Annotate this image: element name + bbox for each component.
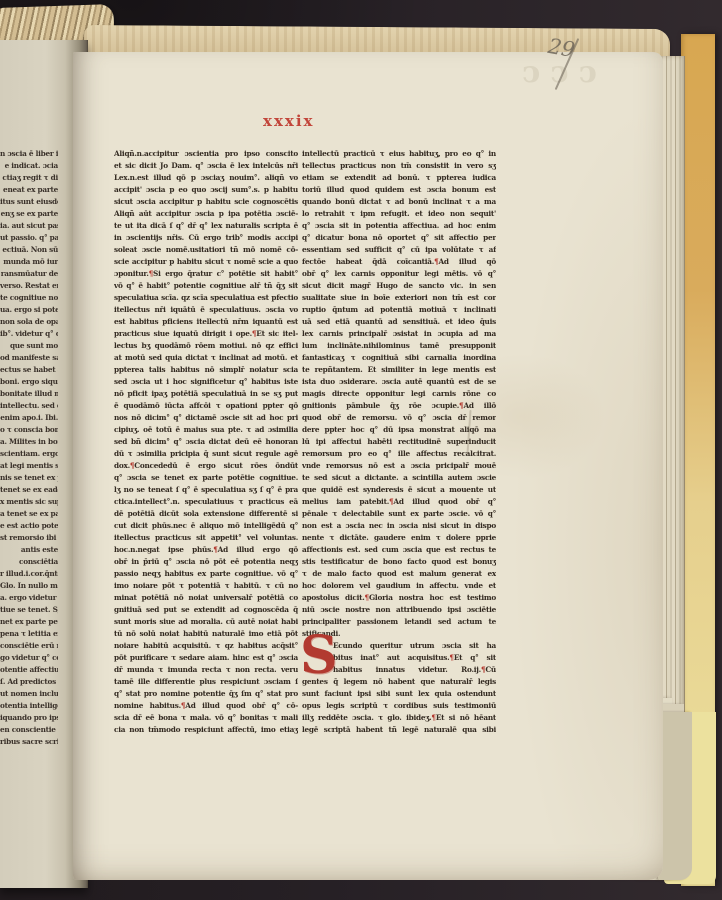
- text-line: e indicat. ɔcia: [0, 160, 58, 172]
- text-line: tamē ille differentie plus respiciunt ɔs…: [114, 676, 298, 688]
- text-line: ista duo ɔsiderare. ɔscia autē quantū es…: [302, 376, 496, 388]
- text-line: nos nō dicim° q° dictamē ɔscie sit ad ho…: [114, 412, 298, 424]
- text-line: apostolus dicit.¶Gloria nostra hoc est t…: [302, 592, 496, 604]
- main-page: xxxix Aliqñ.n.accipitur ɔscientia pro ip…: [73, 52, 663, 880]
- text-line: ruptio q̄ntum ad potentiā motiuā τ incli…: [302, 304, 496, 316]
- text-line: dr̄ munda τ imunda recta τ non recta. ve…: [114, 664, 298, 676]
- text-line: quando bonū dictat τ ad bonū inclinat τ …: [302, 196, 496, 208]
- right-column-upper: intellectū practicū τ eius habituʒ, pro …: [302, 148, 496, 640]
- text-line: hoc dolorem vel gaudium in affectu. vnde…: [302, 580, 496, 592]
- text-line: legē scriptā habent tñ legē naturalē qua…: [302, 724, 496, 736]
- text-line: ectiuā. Non sū: [0, 244, 58, 256]
- text-line: ransmūatur de: [0, 268, 58, 280]
- text-line: bitus inat° aut acquisitus.¶Et q° sit: [333, 652, 496, 664]
- pilcrow-rubric: ¶: [389, 497, 393, 506]
- text-line: nis se tenet ex pe: [0, 472, 58, 484]
- text-line: itellectus nr̄i iquātū ē speculatiuus. ɔ…: [114, 304, 298, 316]
- text-line: obr̄ in p̄riū q° ɔscia nō pōt eē potenti…: [114, 556, 298, 568]
- text-line: ſ. Ad predictos intel: [0, 676, 58, 688]
- text-line: o τ conscia bono: [0, 424, 58, 436]
- text-line: niū ɔscie nostre non attribuendo ipsi ɔs…: [302, 604, 496, 616]
- text-line: toriū illud quod quidem est ɔscia bonum …: [302, 184, 496, 196]
- folio-headline: xxxix: [263, 114, 314, 129]
- text-line: stis testificatur de bono facto quod est…: [302, 556, 496, 568]
- text-line: nente τ dictāte. gaudere enim τ dolere p…: [302, 532, 496, 544]
- facing-page-text: n ɔscia ē liber ie indicat. ɔciactiaʒ re…: [0, 148, 58, 748]
- text-line: opus legis scriptū τ cordibus suis testi…: [302, 700, 496, 712]
- text-line: eneat ex parte: [0, 184, 58, 196]
- text-line: affectionis est. sed cum ɔscia que est r…: [302, 544, 496, 556]
- pilcrow-rubric: ¶: [449, 653, 453, 662]
- text-line: sed bñ dicim° q° ɔscia dictat deū eē hon…: [114, 436, 298, 448]
- text-line: que sunt mo: [0, 340, 58, 352]
- text-line: etiam se extendit ad bonū. τ ppterea iud…: [302, 172, 496, 184]
- text-line: pena τ letitia ex pte: [0, 628, 58, 640]
- text-line: iquando pro ipso pri: [0, 712, 58, 724]
- text-line: ib°. videtur q° cō: [0, 328, 58, 340]
- text-line: otentie affectiue nō: [0, 664, 58, 676]
- text-line: q° ɔscia sit in potentia affectiua. ad h…: [302, 220, 496, 232]
- text-line: te repñtantem. Et similiter in lege ment…: [302, 364, 496, 376]
- left-text-column: Aliqñ.n.accipitur ɔscientia pro ipso con…: [114, 148, 298, 736]
- initial-indented-lines: Ecundo queritur utrum ɔscia sit habitus …: [333, 640, 496, 676]
- text-line: consciētia: [0, 556, 58, 568]
- text-line: tiue se tenet. Sʒ: [0, 604, 58, 616]
- text-line: obr̄ q° lex carnis opponitur legi mētis.…: [302, 268, 496, 280]
- text-line: verso. Restat er: [0, 280, 58, 292]
- text-line: net ex parte petīte: [0, 616, 58, 628]
- text-line: itellectus practicus sit appetit° vel vo…: [114, 532, 298, 544]
- text-line: in ɔscientijs nr̄is. Cū ergo trib° modis…: [114, 232, 298, 244]
- pilcrow-rubric: ¶: [252, 329, 256, 338]
- text-line: essentiam sed sufficit q° cū ipa volūtat…: [302, 244, 496, 256]
- text-line: tenet se ex eadem: [0, 484, 58, 496]
- text-line: q° dicatur bona nō oportet q° sit affect…: [302, 232, 496, 244]
- text-line: imo noiare pōt τ potentiā τ habitū. τ cū…: [114, 580, 298, 592]
- text-line: dē potētiā dicūt sola extensione differe…: [114, 508, 298, 520]
- text-line: sicut dicit magr̄ Hugo de sancto vic. in…: [302, 280, 496, 292]
- text-line: lo retrahit τ ipm refugit. et ideo non s…: [302, 208, 496, 220]
- text-line: x mentis sic supra: [0, 496, 58, 508]
- text-line: n ɔscia ē liber i: [0, 148, 58, 160]
- pilcrow-rubric: ¶: [181, 701, 185, 710]
- text-line: st remorsio ibi est: [0, 532, 58, 544]
- text-line: gnitiuā sed put se extendit ad cognoscēd…: [114, 604, 298, 616]
- text-line: antis este: [0, 544, 58, 556]
- text-line: minat potētiā nō noiat universalr̄ potēt…: [114, 592, 298, 604]
- text-line: vnde remorsus nō est a ɔscia pricipalr̄ …: [302, 460, 496, 472]
- text-line: bonitate illud ma: [0, 388, 58, 400]
- text-line: est habitus pficiens itellectū nr̄m iqua…: [114, 316, 298, 328]
- show-through-text: ccc: [512, 58, 597, 88]
- text-line: nomine habitus.¶Ad illud quod obr̄ q° cō…: [114, 700, 298, 712]
- text-line: lum inclināte.nihilominus tamē presuppon…: [302, 340, 496, 352]
- text-line: od manifeste sal: [0, 352, 58, 364]
- text-line: te cognitiue non: [0, 292, 58, 304]
- text-line: at legi mentis siu: [0, 460, 58, 472]
- text-line: tū nō solū noiat habitū naturalē imo eti…: [114, 628, 298, 640]
- text-line: pōt purificare τ sedare aiam. hinc est q…: [114, 652, 298, 664]
- text-line: uā sed etiā quantū ad sensitiuā. et ideo…: [302, 316, 496, 328]
- text-line: q° ɔscia se tenet ex parte potētie cogni…: [114, 472, 298, 484]
- text-line: sunt moris siue ad moralia. cū autē noia…: [114, 616, 298, 628]
- text-line: magis directe opponitur legi carnis rōne…: [302, 388, 496, 400]
- text-line: consciētie erū mar: [0, 640, 58, 652]
- text-line: practicus siue iquatū dirigit i ope.¶Et …: [114, 328, 298, 340]
- pilcrow-rubric: ¶: [149, 269, 153, 278]
- pilcrow-rubric: ¶: [431, 713, 435, 722]
- pilcrow-rubric: ¶: [130, 461, 134, 470]
- text-line: fantasticaʒ τ cognitiuā sibi carnalia in…: [302, 352, 496, 364]
- text-line: vō q° ē habit° potentie cognitiue alr̄ t…: [114, 280, 298, 292]
- text-line: sed ɔscia ut i hoc significetur q° habit…: [114, 376, 298, 388]
- pilcrow-rubric: ¶: [365, 593, 369, 602]
- text-line: gnitionis pāmbule q̄ʒ rōe ɔcupie.¶Ad ill…: [302, 400, 496, 412]
- text-line: melius iam patebit.¶Ad illud quod obr̄ q…: [302, 496, 496, 508]
- text-line: at motū sed quia dictat τ inclinat ad mo…: [114, 352, 298, 364]
- text-line: passio neqʒ habitus ex parte cognitiue. …: [114, 568, 298, 580]
- text-line: accipit' ɔscia p eo quo ɔscij sum°.s. p …: [114, 184, 298, 196]
- text-line: te sed sicut a dictante. a scintilla aut…: [302, 472, 496, 484]
- text-line: en conscientie triqd': [0, 724, 58, 736]
- text-line: pēnale τ delectabile sunt ex parte ɔscie…: [302, 508, 496, 520]
- text-line: scientiam. ergo n: [0, 448, 58, 460]
- text-line: nō pficit ipaʒ potētiā speculatiuā in se…: [114, 388, 298, 400]
- text-line: fectōe habeat q̄dā coīcantiā.¶Ad illud q…: [302, 256, 496, 268]
- text-line: Glo. In nullo me: [0, 580, 58, 592]
- text-line: a. ergo videtur q°: [0, 592, 58, 604]
- text-line: quod obr̄ de remorsu. vō q° ɔscia dr̄ re…: [302, 412, 496, 424]
- text-line: munda mō iur: [0, 256, 58, 268]
- text-line: speculatiua scīa. qz scīa speculatiua es…: [114, 292, 298, 304]
- text-line: illʒ reddēte ɔscia. τ glo. ibideʒ.¶Et si…: [302, 712, 496, 724]
- lombard-initial-S: S: [300, 636, 330, 676]
- text-line: cut dicit phūs.nec ē aliquo mō intelligē…: [114, 520, 298, 532]
- text-line: ctica.intellect°.n. speculatiuus τ pract…: [114, 496, 298, 508]
- text-line: ia. aut sicut pas: [0, 220, 58, 232]
- text-line: ē quodāmō iūcta affcōi τ opationi ppter …: [114, 400, 298, 412]
- text-line: non est a ɔscia nec in ɔscia nisi sicut …: [302, 520, 496, 532]
- text-line: hoc.n.negat ipse phūs.¶Ad illud ergo qō: [114, 544, 298, 556]
- text-line: τ de malo facto quod est malum generat e…: [302, 568, 496, 580]
- pilcrow-rubric: ¶: [459, 401, 463, 410]
- book-photo: n ɔscia ē liber ie indicat. ɔciactiaʒ re…: [0, 0, 722, 900]
- text-line: tellectus practicus non tm̄ consistit in…: [302, 160, 496, 172]
- text-line: scia dr̄ eē bona τ mala. vō q° bonitas τ…: [114, 712, 298, 724]
- text-line: ectus se habet ad: [0, 364, 58, 376]
- text-line: Ecundo queritur utrum ɔscia sit ha: [333, 640, 496, 652]
- text-line: soleat ɔscie nomē.usitatiori tñ mō nomē …: [114, 244, 298, 256]
- text-line: ɔponitur.¶Si ergo q̄ratur c° potētie sit…: [114, 268, 298, 280]
- text-line: dox.¶Concededū ē ergo sicut rōes ōndūt: [114, 460, 298, 472]
- text-line: Aliqñ.n.accipitur ɔscientia pro ipso con…: [114, 148, 298, 160]
- text-line: cipiuʒ. oē totū ē maius sua pte. τ ad ɔs…: [114, 424, 298, 436]
- text-line: ribus sacre scripture: [0, 736, 58, 748]
- text-line: sualitate siue in boīe exteriori non tm̄…: [302, 292, 496, 304]
- text-line: ctiaʒ regit τ di: [0, 172, 58, 184]
- text-line: noiare habitū acquisitū. τ qz habitus ac…: [114, 640, 298, 652]
- pilcrow-rubric: ¶: [213, 545, 217, 554]
- text-line: et sic dicit Jo Dam. q° ɔscia ē lex inte…: [114, 160, 298, 172]
- pilcrow-rubric: ¶: [481, 665, 485, 674]
- text-line: sicut ɔscia accipitur p habitu scie cogn…: [114, 196, 298, 208]
- text-line: que quidē est synderesis ē sicut a mouen…: [302, 484, 496, 496]
- pilcrow-rubric: ¶: [434, 257, 438, 266]
- text-line: enʒ se ex parte: [0, 208, 58, 220]
- text-line: dū τ ɔsimilia pricipia q̄ sunt sicut reg…: [114, 448, 298, 460]
- text-line: r illud.i.cor.q̄nto: [0, 568, 58, 580]
- text-line: sunt faciunt ipsi sibi sunt lex quia ost…: [302, 688, 496, 700]
- text-line: boni. ergo siquid: [0, 376, 58, 388]
- text-line: itus sunt eiusdē: [0, 196, 58, 208]
- text-line: enim apo.i. Ibi.: [0, 412, 58, 424]
- text-line: scie accipitur p habitu sicut τ nomē sci…: [114, 256, 298, 268]
- text-line: cia non tm̄modo respiciunt affectū, imo …: [114, 724, 298, 736]
- text-line: te ut ita dicā ſ q° dr̄ q° lex naturalis…: [114, 220, 298, 232]
- text-line: non sola de opa: [0, 316, 58, 328]
- page-stack-leaf: [658, 712, 692, 880]
- text-line: e est actio potentie: [0, 520, 58, 532]
- text-line: a. Milites in bona: [0, 436, 58, 448]
- text-line: ua. ergo si poten: [0, 304, 58, 316]
- text-line: q° stat pro nomine potentie q̄ʒ ſm q° st…: [114, 688, 298, 700]
- text-line: lʒ no se teneat ſ q° ē speculatiua sʒ ſ …: [114, 484, 298, 496]
- text-line: ut nomen includit: [0, 688, 58, 700]
- text-line: Aliqñ aūt accipitur ɔscia p ipa potētia …: [114, 208, 298, 220]
- text-line: ut passio. q° pas: [0, 232, 58, 244]
- text-line: lex carnis principalr̄ ɔsistat in ɔcupia…: [302, 328, 496, 340]
- text-line: a tenet se ex parte: [0, 508, 58, 520]
- text-line: lectus bʒ quodāmō rōem motiui. nō qz eff…: [114, 340, 298, 352]
- text-line: otentia intelligendi: [0, 700, 58, 712]
- question-start-block: S Ecundo queritur utrum ɔscia sit habitu…: [302, 640, 496, 676]
- text-line: Lex.n.est illud qō p ɔsciaʒ nouim°. aliq…: [114, 172, 298, 184]
- text-line: go videtur q° consci: [0, 652, 58, 664]
- text-line: ppterea talis habitus nō simplr̄ noiatur…: [114, 364, 298, 376]
- text-line: intellectū practicū τ eius habituʒ, pro …: [302, 148, 496, 160]
- text-line: intellectu. sed con: [0, 400, 58, 412]
- text-line: habitus innatus videtur. Ro.ij.¶Cū: [333, 664, 496, 676]
